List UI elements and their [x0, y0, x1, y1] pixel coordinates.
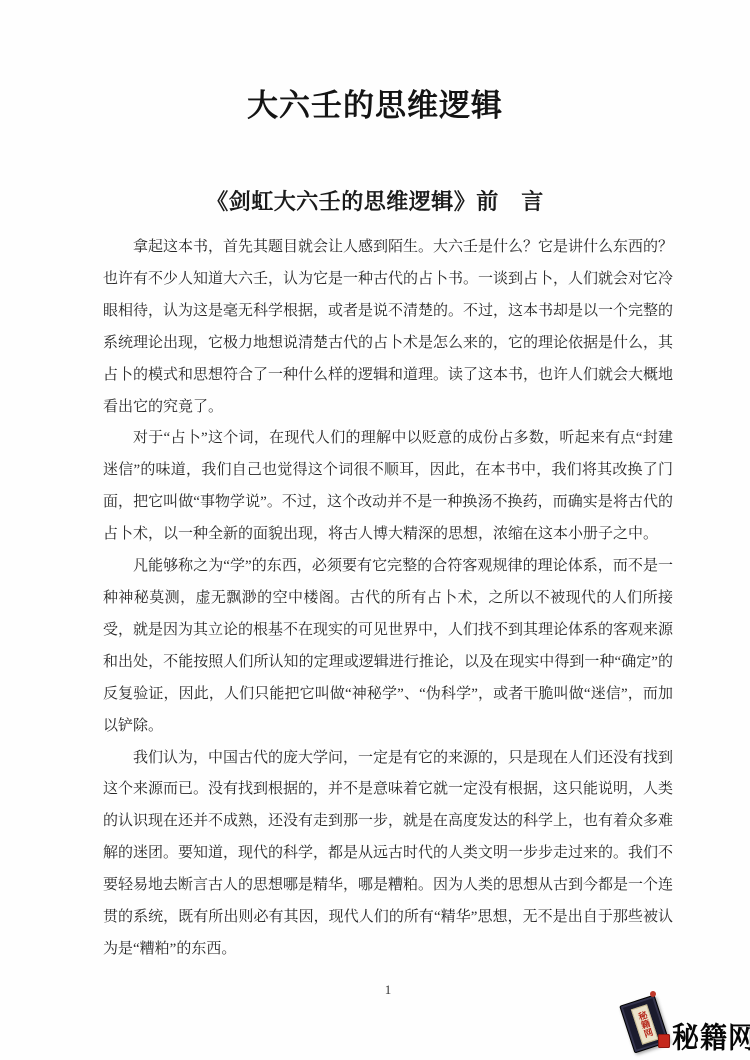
paragraph-2: 对于“占卜”这个词，在现代人们的理解中以贬意的成份占多数，听起来有点“封建迷信”… [103, 423, 673, 551]
red-speck-icon [650, 991, 656, 997]
preface-body: 拿起这本书，首先其题目就会让人感到陌生。大六壬是什么？它是讲什么东西的？也许有不… [103, 232, 673, 966]
red-seal-icon [658, 1034, 670, 1048]
document-page: 大六壬的思维逻辑 《剑虹大六壬的思维逻辑》前 言 拿起这本书，首先其题目就会让人… [0, 0, 750, 1060]
book-label: 秘籍网 [631, 1004, 659, 1044]
paragraph-3: 凡能够称之为“学”的东西，必须要有它完整的合符客观规律的理论体系，而不是一种神秘… [103, 551, 673, 742]
paragraph-1: 拿起这本书，首先其题目就会让人感到陌生。大六壬是什么？它是讲什么东西的？也许有不… [103, 232, 673, 423]
page-number: 1 [103, 982, 673, 998]
watermark-brand-text: 秘籍网 [672, 1014, 750, 1056]
document-title: 大六壬的思维逻辑 [0, 80, 750, 125]
paragraph-4: 我们认为，中国古代的庞大学问，一定是有它的来源的，只是现在人们还没有找到这个来源… [103, 743, 673, 966]
mijiwang-watermark: 秘籍网 秘籍网 [620, 990, 750, 1058]
preface-heading: 《剑虹大六壬的思维逻辑》前 言 [0, 185, 750, 216]
